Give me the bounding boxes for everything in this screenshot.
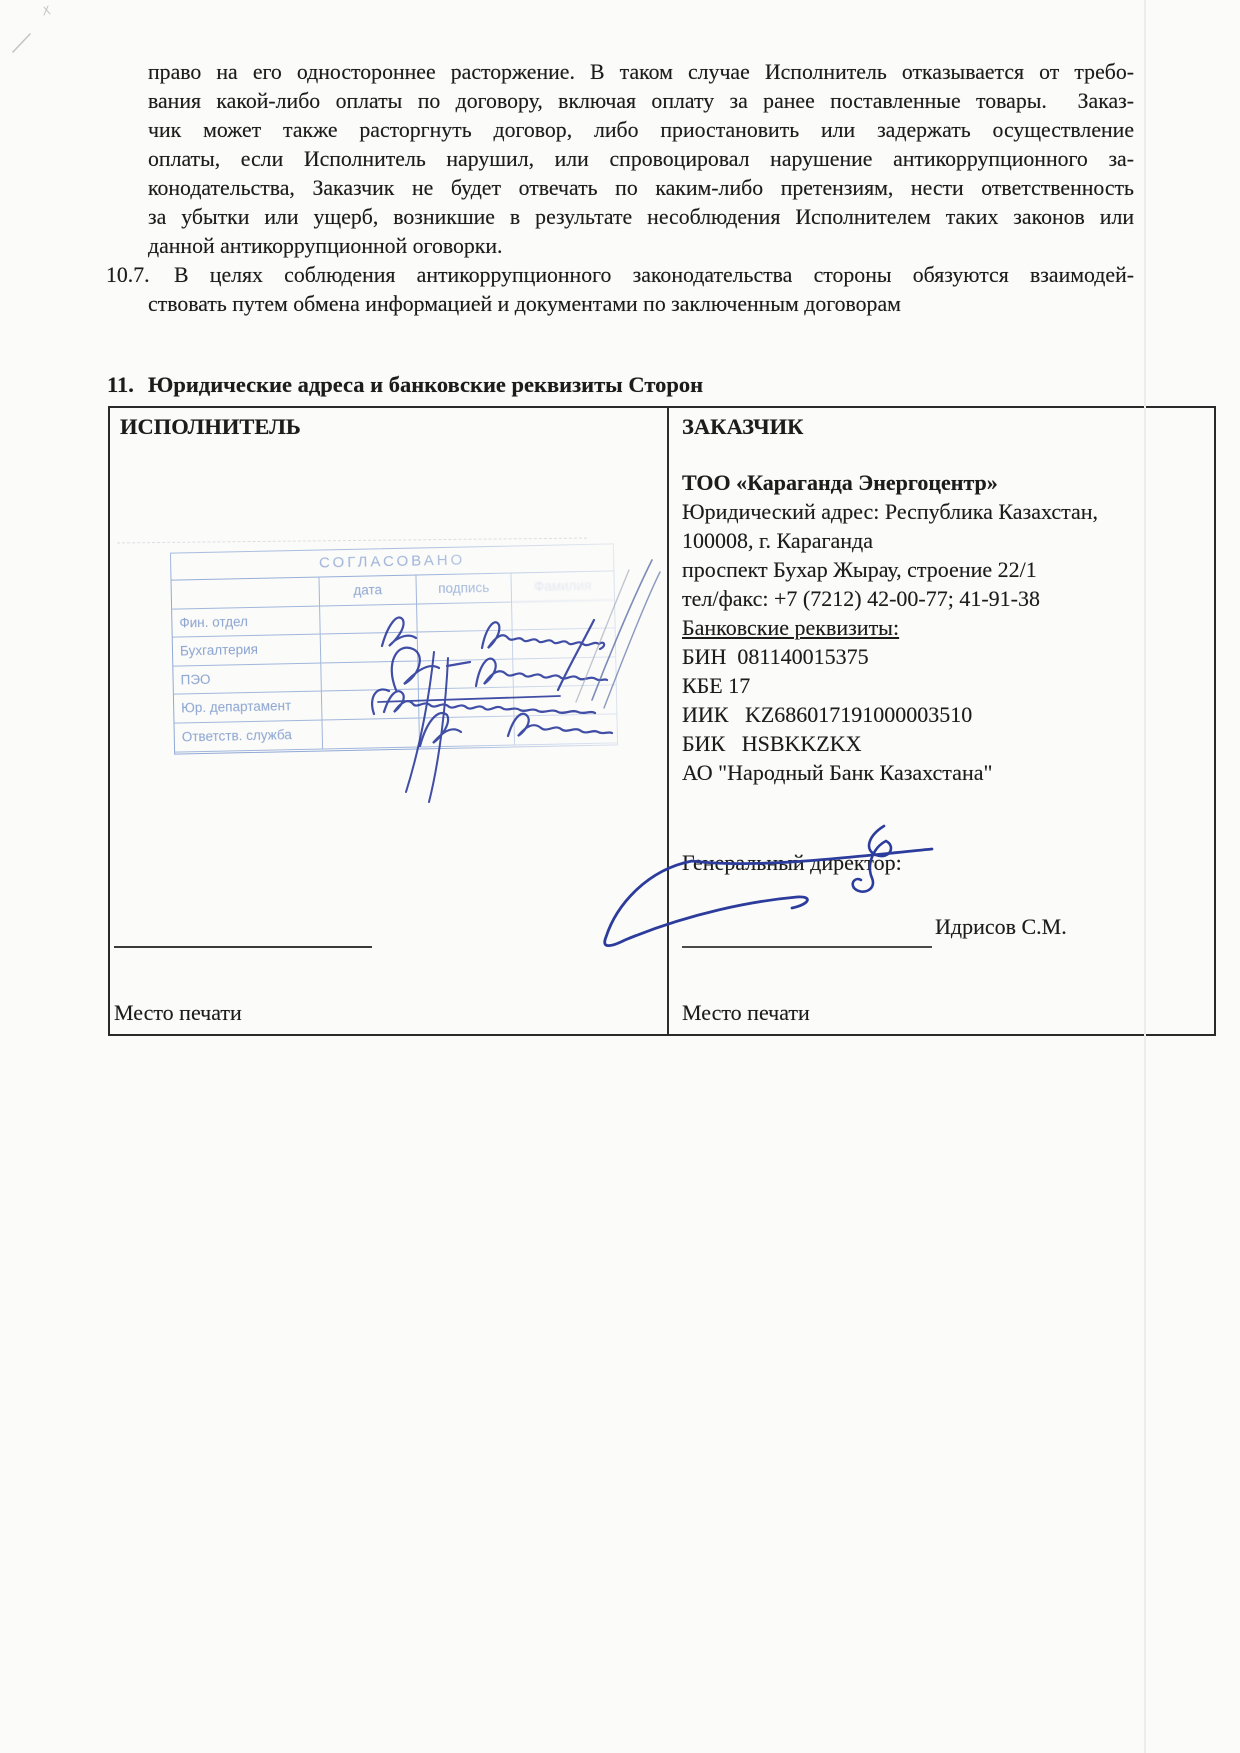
paragraph-line: вания какой-либо оплаты по договору, вкл… [148, 87, 1134, 116]
stamp-row-label: Бухгалтерия [173, 635, 322, 667]
contractor-signature-line [114, 946, 372, 948]
stamp-cell [322, 718, 420, 749]
customer-seal-note: Место печати [682, 1000, 810, 1026]
stamp-row-label: Фин. отдел [172, 606, 321, 638]
director-label: Генеральный директор: [682, 850, 902, 876]
contractor-header: ИСПОЛНИТЕЛЬ [120, 414, 301, 440]
clause-line: ствовать путем обмена информацией и доку… [148, 290, 1134, 319]
stamp-cell [513, 657, 616, 688]
paragraph-line: за убытки или ущерб, возникшие в результ… [148, 203, 1134, 232]
section-11-heading: 11. Юридические адреса и банковские рекв… [148, 372, 703, 398]
section-title-text: Юридические адреса и банковские реквизит… [148, 372, 703, 397]
bank-details-heading: Банковские реквизиты: [682, 613, 1098, 642]
clause-number: 10.7. [106, 261, 150, 290]
legal-address-line: Юридический адрес: Республика Казахстан, [682, 497, 1098, 526]
bin-line: БИН 081140015375 [682, 642, 1098, 671]
stamp-col-signature: подпись [416, 574, 512, 605]
stamp-row-label: Юр. департамент [174, 692, 323, 724]
clause-10-7: 10.7. В целях соблюдения антикоррупционн… [148, 261, 1134, 319]
paragraph-line: чик может также расторгнуть договор, либ… [148, 116, 1134, 145]
stamp-cell [321, 633, 419, 664]
stamp-cell [514, 686, 617, 717]
approval-stamp: СОГЛАСОВАНО дата подпись Фамилия Фин. от… [170, 543, 618, 754]
bik-line: БИК HSBKKZKX [682, 729, 1098, 758]
requisites-table: ИСПОЛНИТЕЛЬ СОГЛАСОВАНО дата подпись Фам… [108, 406, 1216, 1036]
stamp-cell [418, 659, 514, 690]
corner-speck [44, 6, 50, 15]
stamp-grid: дата подпись Фамилия Фин. отдел Бухгалте… [172, 571, 617, 752]
corner-pen-mark [13, 34, 30, 52]
iik-line: ИИК KZ686017191000003510 [682, 700, 1098, 729]
stamp-cell [513, 629, 616, 660]
stamp-col-surname: Фамилия [511, 571, 614, 602]
stamp-smear [117, 538, 587, 544]
director-name: Идрисов С.М. [935, 914, 1067, 940]
paragraph-line: оплаты, если Исполнитель нарушил, или сп… [148, 145, 1134, 174]
contractor-cell: ИСПОЛНИТЕЛЬ СОГЛАСОВАНО дата подпись Фам… [110, 408, 667, 1034]
section-number: 11. [107, 372, 134, 398]
paragraph-line: конодательства, Заказчик не будет отвеча… [148, 174, 1134, 203]
stamp-row-label: Ответств. служба [175, 720, 324, 752]
stamp-col-date: дата [319, 576, 417, 607]
customer-header: ЗАКАЗЧИК [682, 414, 803, 440]
customer-signature-line [682, 946, 932, 948]
stamp-cell [419, 688, 515, 719]
stamp-row-label: ПЭО [173, 663, 322, 695]
phone-fax-line: тел/факс: +7 (7212) 42-00-77; 41-91-38 [682, 584, 1098, 613]
paragraph-line: право на его одностороннее расторжение. … [148, 58, 1134, 87]
stamp-cell [322, 690, 420, 721]
kbe-line: КБЕ 17 [682, 671, 1098, 700]
scan-streak [1144, 0, 1146, 1753]
company-name: ТОО «Караганда Энергоцентр» [682, 468, 1098, 497]
stamp-cell [514, 714, 617, 745]
stamp-cell [320, 604, 418, 635]
stamp-cell [419, 716, 515, 747]
paragraph-10-6: право на его одностороннее расторжение. … [148, 58, 1134, 261]
customer-cell: ЗАКАЗЧИК ТОО «Караганда Энергоцентр» Юри… [669, 408, 1212, 1034]
stamp-cell [418, 631, 514, 662]
legal-address-line: проспект Бухар Жырау, строение 22/1 [682, 555, 1098, 584]
paragraph-line: данной антикоррупционной оговорки. [148, 232, 1134, 261]
legal-address-line: 100008, г. Караганда [682, 526, 1098, 555]
stamp-cell [321, 661, 419, 692]
stamp-cell [512, 600, 615, 631]
customer-requisites: ТОО «Караганда Энергоцентр» Юридический … [682, 468, 1098, 787]
clause-line: В целях соблюдения антикоррупционного за… [148, 261, 1134, 290]
stamp-cell [172, 578, 321, 610]
contractor-seal-note: Место печати [114, 1000, 242, 1026]
stamp-cell [417, 602, 513, 633]
bank-name-line: АО "Народный Банк Казахстана" [682, 758, 1098, 787]
